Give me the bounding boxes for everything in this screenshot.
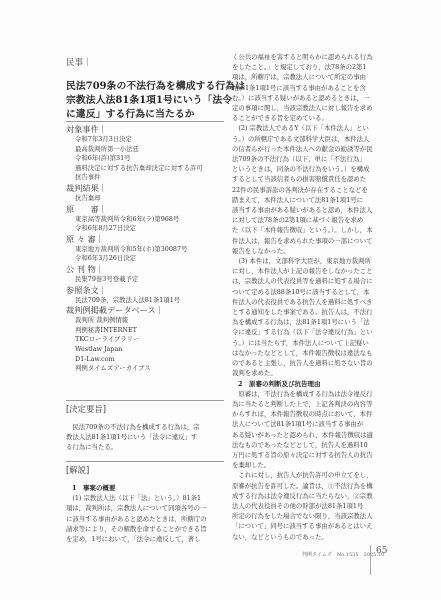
body-line: ない，などというものであった。 <box>232 532 373 542</box>
body-line: は，宗教法人の代表役員等を過料に処する場合に <box>232 276 373 286</box>
subheading: 1 事案の概要 <box>66 483 207 493</box>
commentary-heading: [解説] <box>66 464 89 476</box>
divider <box>66 461 224 462</box>
body-line: (2) 宗教法人であるY（以下「本件法人」とい <box>232 123 373 133</box>
body-line: からすれば，本件報告徴収の時点において，本件 <box>232 409 373 419</box>
body-line: 所定の行為をした場合でない限り，当該宗教法人 <box>232 511 373 521</box>
body-line: 「について」同号に該当する事由があるとはいえ <box>232 521 373 531</box>
body-line: 項は，所轄庁は，宗教法人について所定の事由 <box>232 72 373 82</box>
meta-value: TKCローライブラリー <box>66 335 226 345</box>
body-line: 件法人は，報告を求められた事項の一部について <box>232 236 373 246</box>
body-line: う。）には当たらず，本件法人について上記疑い <box>232 338 373 348</box>
meta-value: D1-Law.com <box>66 355 226 365</box>
meta-value: 抗告棄却 <box>66 194 226 204</box>
body-line: (法81条1項1号に該当する事由があることを含 <box>232 83 373 93</box>
meta-value: 最高裁判所第一小法廷 <box>66 145 226 155</box>
body-line: を棄却した。 <box>232 460 373 470</box>
meta-value: 抗告事件 <box>66 173 226 183</box>
category-label: 民事｜ <box>66 56 92 68</box>
journal-footer: 判例タイムズ No.1535 2025.10 <box>302 551 384 558</box>
meta-value: 令和6年(許)第31号 <box>66 154 226 164</box>
body-line: に該当する事由があると認めたときは，所轄庁の <box>66 514 207 524</box>
case-metadata: 対象事件｜ 令和7年3月3日決定 最高裁判所第一小法廷 令和6年(許)第31号 … <box>66 124 226 374</box>
meta-value: 令和7年3月3日決定 <box>66 135 226 145</box>
body-line: に対し，本件法人が上記の報告をしなかったこと <box>232 266 373 276</box>
body-line: 成する行為は法令違反行為に当たらない，②宗教 <box>232 491 373 501</box>
body-line: の信者らが行った本件法人への献金の勧誘等が民 <box>232 144 373 154</box>
body-line: のであると主張し，抗告人を過料に処さない旨の <box>232 358 373 368</box>
body-line: む。）に該当する疑いがあると認めるときは，一 <box>232 93 373 103</box>
body-line: 法なものであったなどとして，抗告人を過料10 <box>232 440 373 450</box>
body-line: 定の事項に関し，当該宗教法人に対し報告を求め <box>232 103 373 113</box>
body-line: 原審が抗告を許可した。論旨は，①不法行為を構 <box>232 481 373 491</box>
summary-line: 民法709条の不法行為を構成する行為は，宗 <box>66 422 200 432</box>
body-line: ある疑いがあったと認められ，本件報告徴収は適 <box>232 430 373 440</box>
body-line: 件法人の代表役員である抗告人を過料に処すべき <box>232 297 373 307</box>
article-title: 民法709条の不法行為を構成する行為は 宗教法人法81条1項1号にいう「法令 に… <box>66 80 245 122</box>
body-line: というときは，同条の不法行為をいう。）を構成 <box>232 164 373 174</box>
body-line: ついて定める法88条10号に該当するとして，本 <box>232 287 373 297</box>
body-line: 裁判を求めた。 <box>232 368 373 378</box>
body-line: 為に当たると判断した上で，上記各判決の内容等 <box>232 399 373 409</box>
meta-label-databases: 裁判例掲載データベース｜ <box>66 305 226 316</box>
meta-value: 令和6年3月26日決定 <box>66 254 226 264</box>
body-line: はなかったなどとして，本件報告徴収は違法なも <box>232 348 373 358</box>
summary-body: 民法709条の不法行為を構成する行為は，宗 教法人法81条1項1号にいう「法令に… <box>66 422 200 453</box>
body-line: (1) 宗教法人法（以下「法」という。）81条1 <box>66 493 207 503</box>
meta-value: 東京高等裁判所令和6年(ラ)第968号 <box>66 215 226 225</box>
meta-value: 令和6年8月27日決定 <box>66 224 226 234</box>
page-number: 65 <box>376 546 387 556</box>
meta-label-references: 参照条文｜ <box>66 285 226 296</box>
divider <box>66 121 224 122</box>
summary-line: る行為に当たる。 <box>66 442 200 452</box>
divider <box>66 400 224 401</box>
body-line: う。）の所轄庁である文部科学大臣は，本件法人 <box>232 134 373 144</box>
body-line: 該当する事由がある疑いがあると認め，本件法人 <box>232 205 373 215</box>
body-line: 項は，裁判所は，宗教法人について同項各号の一 <box>66 503 207 513</box>
title-line: 民法709条の不法行為を構成する行為は <box>66 80 245 94</box>
body-line: 法人の代表役員その他の幹部が法81条1項1号 <box>232 501 373 511</box>
body-line: 法709条の不法行為（以下，単に「不法行為」 <box>232 154 373 164</box>
body-line: 法人について法81条1項1号に該当する事由が <box>232 419 373 429</box>
body-line: とする通知をした事案である。抗告人は，不法行 <box>232 307 373 317</box>
summary-line: 教法人法81条1項1号にいう「法令に違反」す <box>66 432 200 442</box>
meta-value: 過料決定に対する抗告棄却決定に対する許可 <box>66 164 226 174</box>
body-line: するとして当該信者らの損害賠償責任を認めた <box>232 174 373 184</box>
body-line: これに対し，抗告人が抗告許可の申立てをし， <box>232 470 373 480</box>
commentary-body-right: く公共の福祉を害すると明らかに認められる行為 をしたこと。」と規定しており，法7… <box>232 52 373 542</box>
meta-label-publication: 公 刊 物｜ <box>66 264 226 275</box>
meta-value: 民法709条，宗教法人法81条1項1号 <box>66 296 226 306</box>
summary-heading: [決定要旨] <box>66 403 106 415</box>
title-line: 宗教法人法81条1項1号にいう「法令 <box>66 94 245 108</box>
body-line: 請求等により，その解散を命ずることができる旨 <box>66 524 207 534</box>
body-line: た（以下「本件報告徴収」という。）。しかし，本 <box>232 225 373 235</box>
body-line: 原審は，不法行為を構成する行為は法令違反行 <box>232 389 373 399</box>
body-line: 報告をしなかった。 <box>232 246 373 256</box>
body-line: 踏まえて，本件法人について法81条1項1号に <box>232 195 373 205</box>
body-line: を定め，1号において，「法令に違反して，著し <box>66 534 207 544</box>
meta-value: 裁判所 裁判例情報 <box>66 316 226 326</box>
body-line: ることができる旨を定めている。 <box>232 113 373 123</box>
journal-page: 民事｜ 民法709条の不法行為を構成する行為は 宗教法人法81条1項1号にいう「… <box>0 0 441 600</box>
meta-value: Westlaw Japan <box>66 345 226 355</box>
body-line: をしたこと。」と規定しており，法78条の2第1 <box>232 62 373 72</box>
meta-label-first-instance: 原 々 審｜ <box>66 234 226 245</box>
meta-label-case: 対象事件｜ <box>66 124 226 135</box>
meta-label-result: 裁判結果｜ <box>66 183 226 194</box>
meta-value: 判例タイムズアーカイブス <box>66 364 226 374</box>
body-line: 為を構成する行為は，法81条1項1号にいう「法 <box>232 317 373 327</box>
meta-value: 東京地方裁判所令和5年(ホ)第30087号 <box>66 245 226 255</box>
meta-value: 判例秘書INTERNET <box>66 326 226 336</box>
meta-label-lower-court: 原 審｜ <box>66 204 226 215</box>
subheading: 2 原審の判断及び抗告理由 <box>232 379 373 389</box>
body-line: 万円に処する旨の原々決定に対する抗告人の抗告 <box>232 450 373 460</box>
body-line: に対して法78条の2第1項に基づく報告を求め <box>232 215 373 225</box>
body-line: 令に違反」する行為（以下「法令違反行為」とい <box>232 327 373 337</box>
body-line: 22件の民事訴訟の各判決が存在することなどを <box>232 185 373 195</box>
footer-divider <box>370 545 371 575</box>
body-line: (3) 本件は，文部科学大臣が，東京地方裁判所 <box>232 256 373 266</box>
body-line: く公共の福祉を害すると明らかに認められる行為 <box>232 52 373 62</box>
meta-value: 民集79巻3号登載予定 <box>66 275 226 285</box>
title-line: に違反」する行為に当たるか <box>66 108 245 122</box>
commentary-body-left: 1 事案の概要 (1) 宗教法人法（以下「法」という。）81条1 項は，裁判所は… <box>66 483 207 544</box>
